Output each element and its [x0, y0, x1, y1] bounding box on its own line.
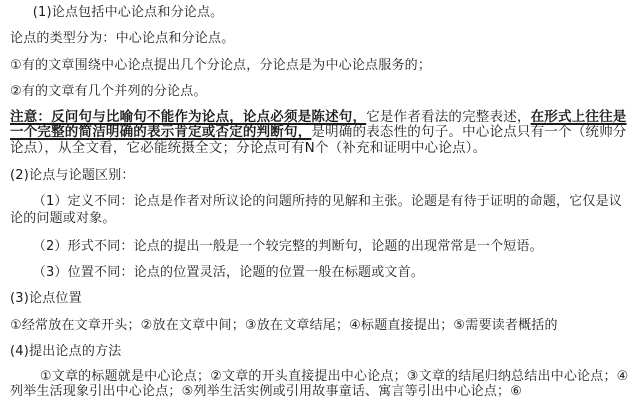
paragraph-position-list: ①经常放在文章开头；②放在文章中间；③放在文章结尾；④标题直接提出；⑤需要读者概… — [10, 318, 630, 333]
heading-methods-of-raising-argument: (4)提出论点的方法 — [10, 344, 630, 359]
heading-argument-vs-topic: (2)论点与论题区别： — [10, 168, 630, 183]
notice-normal-1: 它是作者看法的完整表述， — [366, 109, 530, 125]
document-page: (1)论点包括中心论点和分论点。 论点的类型分为：中心论点和分论点。 ①有的文章… — [0, 0, 640, 400]
paragraph-argument-includes: (1)论点包括中心论点和分论点。 — [10, 5, 630, 20]
paragraph-position-difference: （3）位置不同：论点的位置灵活，论题的位置一般在标题或文首。 — [10, 265, 630, 280]
notice-highlight-1: 注意：反问句与比喻句不能作为论点，论点必须是陈述句， — [10, 109, 366, 125]
paragraph-form-difference: （2）形式不同：论点的提出一般是一个较完整的判断句，论题的出现常常是一个短语。 — [10, 239, 630, 254]
paragraph-definition-difference: （1）定义不同：论点是作者对所议论的问题所持的见解和主张。论题是有待于证明的命题… — [10, 194, 630, 228]
paragraph-sub-argument-1: ①有的文章围绕中心论点提出几个分论点，分论点是为中心论点服务的； — [10, 58, 630, 73]
heading-argument-position: (3)论点位置 — [10, 291, 630, 306]
paragraph-argument-types: 论点的类型分为：中心论点和分论点。 — [10, 31, 630, 46]
paragraph-methods-list: ①文章的标题就是中心论点；②文章的开头直接提出中心论点；③文章的结尾归纳总结出中… — [10, 370, 630, 399]
notice-paragraph: 注意：反问句与比喻句不能作为论点，论点必须是陈述句，它是作者看法的完整表述，在形… — [10, 110, 630, 155]
paragraph-sub-argument-2: ②有的文章有几个并列的分论点。 — [10, 84, 630, 99]
